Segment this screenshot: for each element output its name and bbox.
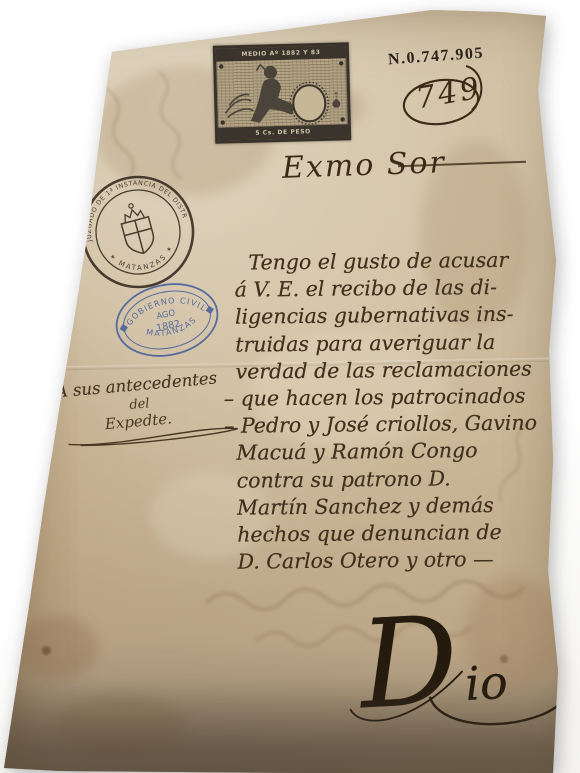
body-line: hechos que denuncian de <box>237 519 555 550</box>
stamp-bottom-banner: 5 Cs. DE PESO <box>218 124 348 140</box>
body-line: á V. E. el recibo de las di- <box>235 275 553 306</box>
body-line: contra su patrono D. <box>237 465 555 496</box>
svg-text:JUZGADO DE 1ª INSTANCIA DEL DI: JUZGADO DE 1ª INSTANCIA DEL DISTRITO <box>65 159 189 248</box>
bottom-shadow <box>0 678 580 773</box>
ghost-writing <box>82 57 150 183</box>
revenue-stamp: MEDIO Aº 1882 Y 83 <box>213 42 352 144</box>
body-line: Tengo el gusto de acusar <box>234 247 552 278</box>
fox-spot <box>42 646 51 655</box>
body-line: – Pedro y José criollos, Gavino <box>224 410 554 441</box>
fox-spot <box>26 344 33 351</box>
body-line: Martín Sanchez y demás <box>237 492 555 523</box>
court-seal-ring-text: JUZGADO DE 1ª INSTANCIA DEL DISTRITO <box>65 159 189 248</box>
paper-shadow-wrap: MEDIO Aº 1882 Y 83 <box>0 0 580 773</box>
photo-backdrop: MEDIO Aº 1882 Y 83 <box>0 0 580 773</box>
margin-note: A sus antecedentes del Expedte. <box>55 366 251 457</box>
body-line: verdad de las reclamaciones <box>235 356 553 387</box>
stain <box>18 615 98 680</box>
body-line: D. Carlos Otero y otro — <box>237 546 555 577</box>
blue-seal-diamond-icon <box>120 324 128 332</box>
body-line: truidas para averiguar la <box>235 329 553 360</box>
body-line: Macuá y Ramón Congo <box>236 438 554 469</box>
body-line: ligencias gubernativas ins- <box>235 302 553 333</box>
body-line: – que hacen los patrocinados <box>224 383 554 414</box>
handwritten-folio: 749 <box>392 64 492 130</box>
document-paper: MEDIO Aº 1882 Y 83 <box>0 0 580 773</box>
court-seal-shield-icon <box>117 200 157 257</box>
letter-body: Tengo el gusto de acusar á V. E. el reci… <box>234 247 555 577</box>
